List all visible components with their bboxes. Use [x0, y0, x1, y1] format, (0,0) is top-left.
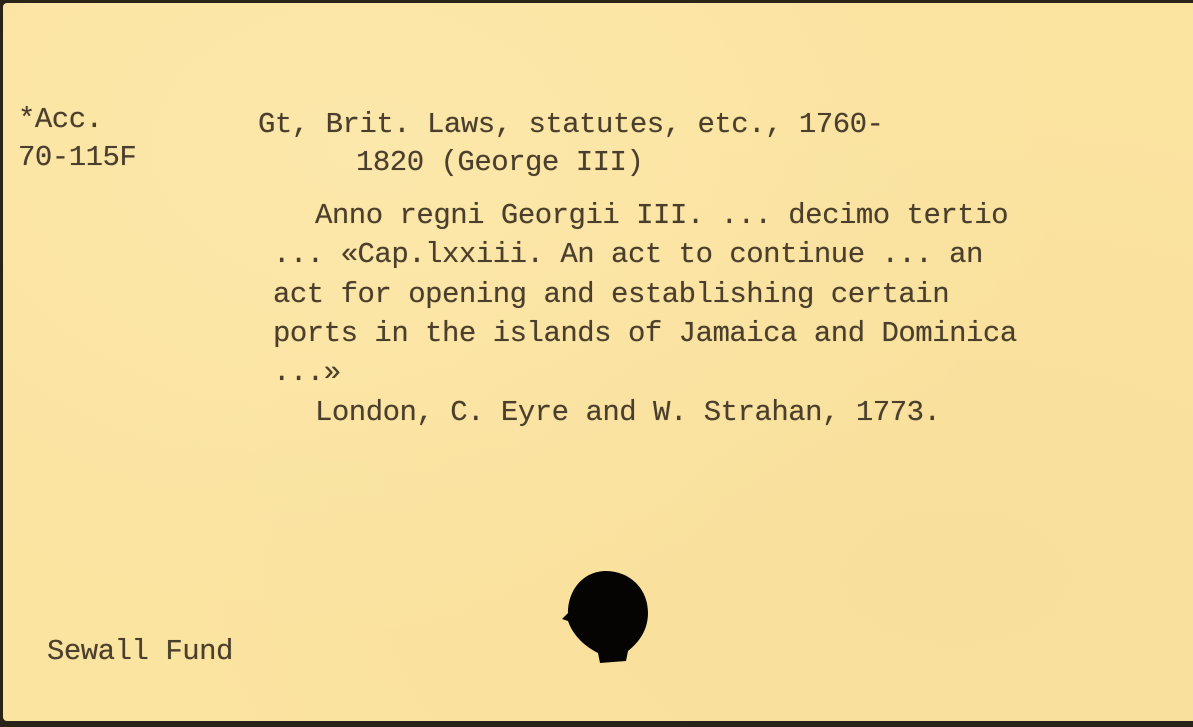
title-line-3: act for opening and establishing certain — [273, 275, 949, 315]
call-number-line1: *Acc. — [18, 103, 103, 136]
heading-line2: 1820 (George III) — [356, 143, 643, 183]
title-line-1: Anno regni Georgii III. ... decimo terti… — [315, 196, 1008, 236]
call-number: *Acc. 70-115F — [18, 101, 136, 177]
title-line-4: ports in the islands of Jamaica and Domi… — [273, 314, 1017, 354]
imprint: London, C. Eyre and W. Strahan, 1773. — [315, 393, 940, 433]
call-number-line2: 70-115F — [18, 141, 136, 174]
title-line-2: ... «Cap.lxxiii. An act to continue ... … — [273, 235, 983, 275]
title-line-5: ...» — [273, 353, 341, 393]
heading-line1: Gt, Brit. Laws, statutes, etc., 1760- — [258, 105, 883, 145]
catalog-card: *Acc. 70-115F Gt, Brit. Laws, statutes, … — [3, 3, 1193, 721]
fund-note: Sewall Fund — [47, 632, 233, 672]
punch-hole-icon — [560, 569, 652, 665]
